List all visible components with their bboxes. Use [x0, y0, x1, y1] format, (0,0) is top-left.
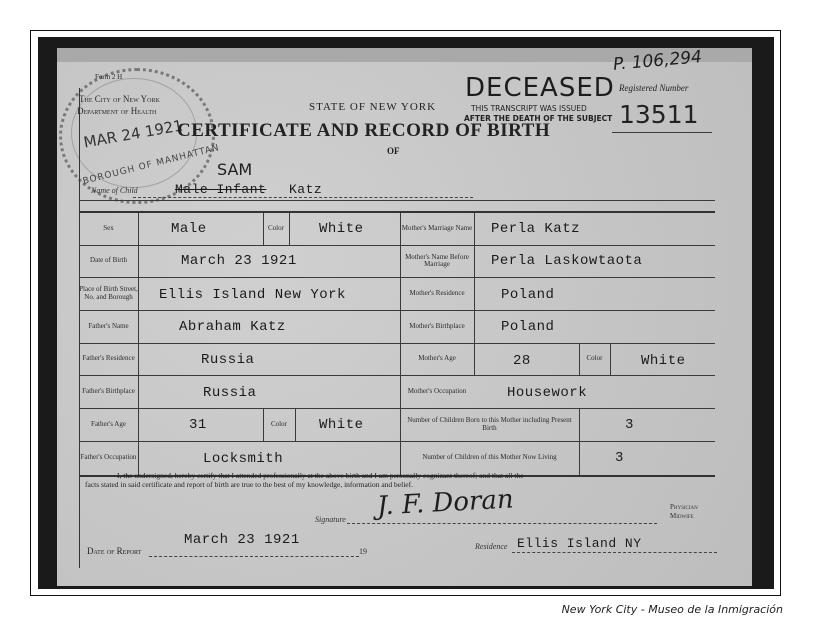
signature-label: Signature: [315, 515, 346, 524]
father-birthplace-label: Father's Birthplace: [79, 375, 138, 408]
mother-occupation-label: Mother's Occupation: [400, 375, 474, 408]
mother-age-label: Mother's Age: [400, 343, 474, 375]
registered-number-label: Registered Number: [619, 83, 688, 93]
father-occupation-value: Locksmith: [203, 451, 283, 467]
physician-label: Physician: [670, 503, 698, 511]
seal-city: The City of New York: [79, 96, 160, 104]
children-living-label: Number of Children of this Mother Now Li…: [400, 441, 579, 475]
sex-value: Male: [171, 221, 207, 237]
father-name-label: Father's Name: [79, 310, 138, 343]
certification-text-line2: facts stated in said certificate and rep…: [85, 480, 725, 489]
col-line: [474, 213, 475, 375]
of-label: OF: [387, 146, 400, 156]
mother-residence-value: Poland: [501, 287, 554, 303]
divider: [79, 200, 715, 201]
father-color-label: Color: [263, 408, 295, 441]
col-line: [579, 408, 580, 475]
name-of-child-label: Name of Child: [91, 186, 138, 195]
father-color-value: White: [319, 417, 364, 433]
father-residence-label: Father's Residence: [79, 343, 138, 375]
certificate-title: CERTIFICATE AND RECORD OF BIRTH: [177, 120, 550, 142]
father-age-label: Father's Age: [79, 408, 138, 441]
residence-line: [512, 552, 717, 553]
state-heading: STATE OF NEW YORK: [309, 101, 436, 113]
row-line: [79, 245, 715, 246]
child-surname: Katz: [289, 182, 322, 197]
birth-certificate: Form 2 H The City of New York Department…: [57, 48, 752, 586]
col-line: [289, 213, 290, 245]
deceased-stamp: DECEASED: [465, 73, 615, 103]
row-line: [79, 343, 715, 344]
seal-department: Department of Health: [77, 108, 156, 116]
year-prefix: 19: [359, 547, 367, 556]
certification-text-line1: I, the undersigned, hereby certify that …: [85, 471, 725, 480]
father-occupation-label: Father's Occupation: [79, 441, 138, 475]
mother-marriage-name-value: Perla Katz: [491, 221, 580, 237]
mother-residence-label: Mother's Residence: [400, 277, 474, 310]
father-residence-value: Russia: [201, 352, 254, 368]
father-birthplace-value: Russia: [203, 385, 256, 401]
child-color-label: Color: [263, 213, 289, 245]
form-number: Form 2 H: [95, 74, 122, 82]
photo-caption: New York City - Museo de la Inmigración: [562, 603, 783, 616]
child-first-name: SAM: [217, 160, 252, 179]
row-line: [79, 408, 715, 409]
date-of-report-label: Date of Report: [87, 546, 141, 556]
birth-details-table: Sex Date of Birth Place of Birth Street,…: [79, 211, 715, 477]
mother-maiden-name-label: Mother's Name Before Marriage: [400, 245, 474, 277]
deceased-stamp-line2: AFTER THE DEATH OF THE SUBJECT: [464, 114, 612, 123]
physician-signature: J. F. Doran: [376, 484, 514, 521]
date-of-report-value: March 23 1921: [184, 532, 300, 548]
row-line: [79, 441, 715, 442]
col-line: [138, 213, 139, 475]
row-line: [79, 277, 715, 278]
row-line: [79, 310, 715, 311]
date-of-birth-value: March 23 1921: [181, 253, 297, 269]
place-of-birth-value: Ellis Island New York: [159, 287, 346, 303]
row-line: [79, 375, 715, 376]
signature-line: [347, 523, 657, 524]
mother-color-label: Color: [579, 343, 610, 375]
col-line: [610, 343, 611, 375]
children-living-value: 3: [615, 450, 624, 466]
sex-label: Sex: [79, 213, 138, 245]
date-of-birth-label: Date of Birth: [79, 245, 138, 277]
mother-age-value: 28: [513, 353, 531, 369]
registered-number: 13511: [619, 100, 699, 129]
name-line: [133, 197, 473, 198]
mother-occupation-value: Housework: [507, 385, 587, 401]
mother-birthplace-label: Mother's Birthplace: [400, 310, 474, 343]
col-line: [295, 408, 296, 441]
father-age-value: 31: [189, 417, 207, 433]
midwife-label: Midwife: [670, 512, 694, 520]
mother-maiden-name-value: Perla Laskowtaota: [491, 253, 642, 269]
child-color-value: White: [319, 221, 364, 237]
child-name-struck: Male Infant: [175, 182, 266, 197]
place-of-birth-label: Place of Birth Street, No. and Borough: [79, 277, 138, 310]
deceased-stamp-line1: THIS TRANSCRIPT WAS ISSUED: [471, 104, 587, 113]
residence-value: Ellis Island NY: [517, 536, 642, 551]
children-born-value: 3: [625, 417, 634, 433]
father-name-value: Abraham Katz: [179, 319, 286, 335]
date-of-report-line: [149, 556, 359, 557]
registered-number-underline: [612, 132, 712, 133]
residence-label: Residence: [475, 542, 507, 551]
mother-color-value: White: [641, 353, 686, 369]
mother-marriage-name-label: Mother's Marriage Name: [400, 213, 474, 245]
mother-birthplace-value: Poland: [501, 319, 554, 335]
children-born-label: Number of Children Born to this Mother i…: [400, 408, 579, 441]
